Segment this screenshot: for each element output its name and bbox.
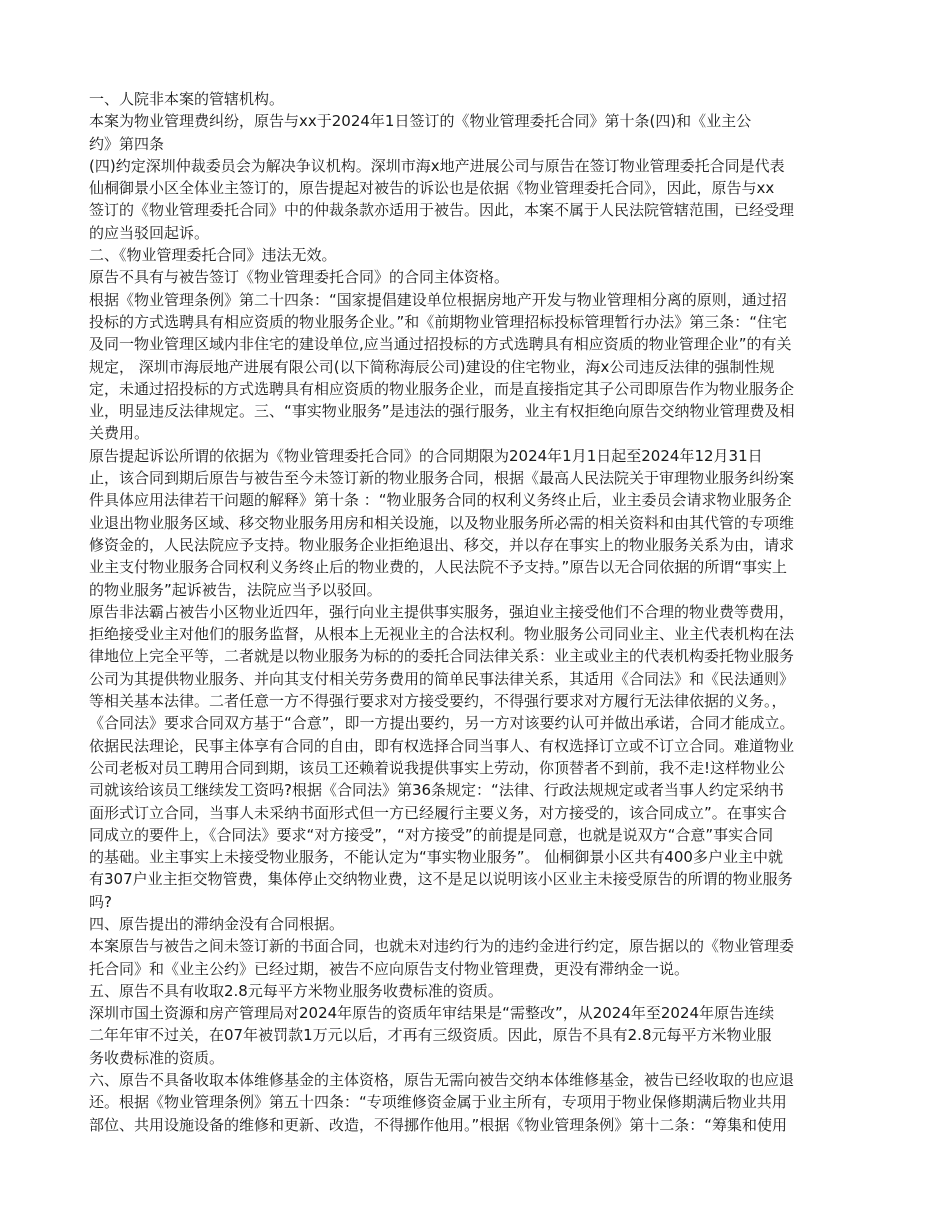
text-line: 仙桐御景小区全体业主签订的，原告提起对被告的诉讼也是依据《物业管理委托合同》，因… [89,177,864,199]
document-body: 一、人院非本案的管辖机构。 本案为物业管理费纠纷，原告与xx于2024年1日签订… [89,88,864,1136]
text-line: 根据《物业管理条例》第二十四条：“国家提倡建设单位根据房地产开发与物业管理相分离… [89,289,864,311]
text-line: 原告非法霸占被告小区物业近四年，强行向业主提供事实服务，强迫业主接受他们不合理的… [89,601,864,623]
text-line: 律地位上完全平等，二者就是以物业服务为标的的委托合同法律关系：业主或业主的代表机… [89,645,864,667]
text-line: 的应当驳回起诉。 [89,222,864,244]
text-line: 投标的方式选聘具有相应资质的物业服务企业。”和《前期物业管理招标投标管理暂行办法… [89,311,864,333]
text-line: 的基础。业主事实上未接受物业服务，不能认定为“事实物业服务”。 仙桐御景小区共有… [89,846,864,868]
text-line: 公司为其提供物业服务、并向其支付相关劳务费用的简单民事法律关系，其适用《合同法》… [89,668,864,690]
text-line: 本案为物业管理费纠纷，原告与xx于2024年1日签订的《物业管理委托合同》第十条… [89,110,864,132]
text-line: 依据民法理论，民事主体享有合同的自由，即有权选择合同当事人、有权选择订立或不订立… [89,735,864,757]
text-line: 还。根据《物业管理条例》第五十四条：“专项维修资金属于业主所有，专项用于物业保修… [89,1091,864,1113]
text-line: 规定， 深圳市海辰地产进展有限公司(以下简称海辰公司)建设的住宅物业，海x公司违… [89,356,864,378]
text-line: 二年年审不过关，在07年被罚款1万元以后，才再有三级资质。因此，原告不具有2.8… [89,1024,864,1046]
text-line: (四)约定深圳仲裁委员会为解决争议机构。深圳市海x地产进展公司与原告在签订物业管… [89,155,864,177]
text-line: 原告不具有与被告签订《物业管理委托合同》的合同主体资格。 [89,266,864,288]
section-heading-5: 五、原告不具有收取2.8元每平方米物业服务收费标准的资质。 [89,980,864,1002]
text-line: 件具体应用法律若干问题的解释》第十条 ：“物业服务合同的权利义务终止后，业主委员… [89,489,864,511]
text-line: 业退出物业服务区域、移交物业服务用房和相关设施，以及物业服务所必需的相关资料和由… [89,512,864,534]
text-line: 修资金的，人民法院应予支持。物业服务企业拒绝退出、移交，并以存在事实上的物业服务… [89,534,864,556]
text-line: 有307户业主拒交物管费，集体停止交纳物业费，这不是足以说明该小区业主未接受原告… [89,868,864,890]
text-line: 等相关基本法律。二者任意一方不得强行要求对方接受要约，不得强行要求对方履行无法律… [89,690,864,712]
text-line: 务收费标准的资质。 [89,1047,864,1069]
text-line: 及同一物业管理区域内非住宅的建设单位,应当通过招投标的方式选聘具有相应资质的物业… [89,333,864,355]
section-heading-4: 四、原告提出的滞纳金没有合同根据。 [89,913,864,935]
text-line: 止，该合同到期后原告与被告至今未签订新的物业服务合同，根据《最高人民法院关于审理… [89,467,864,489]
text-line: 深圳市国土资源和房产管理局对2024年原告的资质年审结果是“需整改”，从2024… [89,1002,864,1024]
text-line: 托合同》和《业主公约》已经过期，被告不应向原告支付物业管理费，更没有滞纳金一说。 [89,958,864,980]
text-line: 签订的《物业管理委托合同》中的仲裁条款亦适用于被告。因此，本案不属于人民法院管辖… [89,199,864,221]
text-line: 吗? [89,891,864,913]
text-line: 拒绝接受业主对他们的服务监督，从根本上无视业主的合法权利。物业服务公司同业主、业… [89,623,864,645]
text-line: 业主支付物业服务合同权利义务终止后的物业费的，人民法院不予支持。”原告以无合同依… [89,556,864,578]
section-heading-1: 一、人院非本案的管辖机构。 [89,88,864,110]
text-line: 关费用。 [89,422,864,444]
text-line: 面形式订立合同，当事人未采纳书面形式但一方已经履行主要义务，对方接受的，该合同成… [89,802,864,824]
text-line: 《合同法》要求合同双方基于“合意”，即一方提出要约，另一方对该要约认可并做出承诺… [89,712,864,734]
section-heading-6: 六、原告不具备收取本体维修基金的主体资格，原告无需向被告交纳本体维修基金，被告已… [89,1069,864,1091]
text-line: 部位、共用设施设备的维修和更新、改造，不得挪作他用。”根据《物业管理条例》第十二… [89,1114,864,1136]
text-line: 约》第四条 [89,133,864,155]
text-line: 原告提起诉讼所谓的依据为《物业管理委托合同》的合同期限为2024年1月1日起至2… [89,445,864,467]
section-heading-2: 二、《物业管理委托合同》违法无效。 [89,244,864,266]
text-line: 司就该给该员工继续发工资吗?根据《合同法》第36条规定：“法律、行政法规规定或者… [89,779,864,801]
text-line: 同成立的要件上，《合同法》要求“对方接受”，“对方接受”的前提是同意，也就是说双… [89,824,864,846]
text-line: 定，未通过招投标的方式选聘具有相应资质的物业服务企业，而是直接指定其子公司即原告… [89,378,864,400]
text-line: 公司老板对员工聘用合同到期，该员工还赖着说我提供事实上劳动，你顶替者不到前，我不… [89,757,864,779]
text-line: 本案原告与被告之间未签订新的书面合同，也就未对违约行为的违约金进行约定，原告据以… [89,935,864,957]
text-line: 的物业服务”起诉被告，法院应当予以驳回。 [89,579,864,601]
text-line: 业，明显违反法律规定。三、“事实物业服务”是违法的强行服务，业主有权拒绝向原告交… [89,400,864,422]
